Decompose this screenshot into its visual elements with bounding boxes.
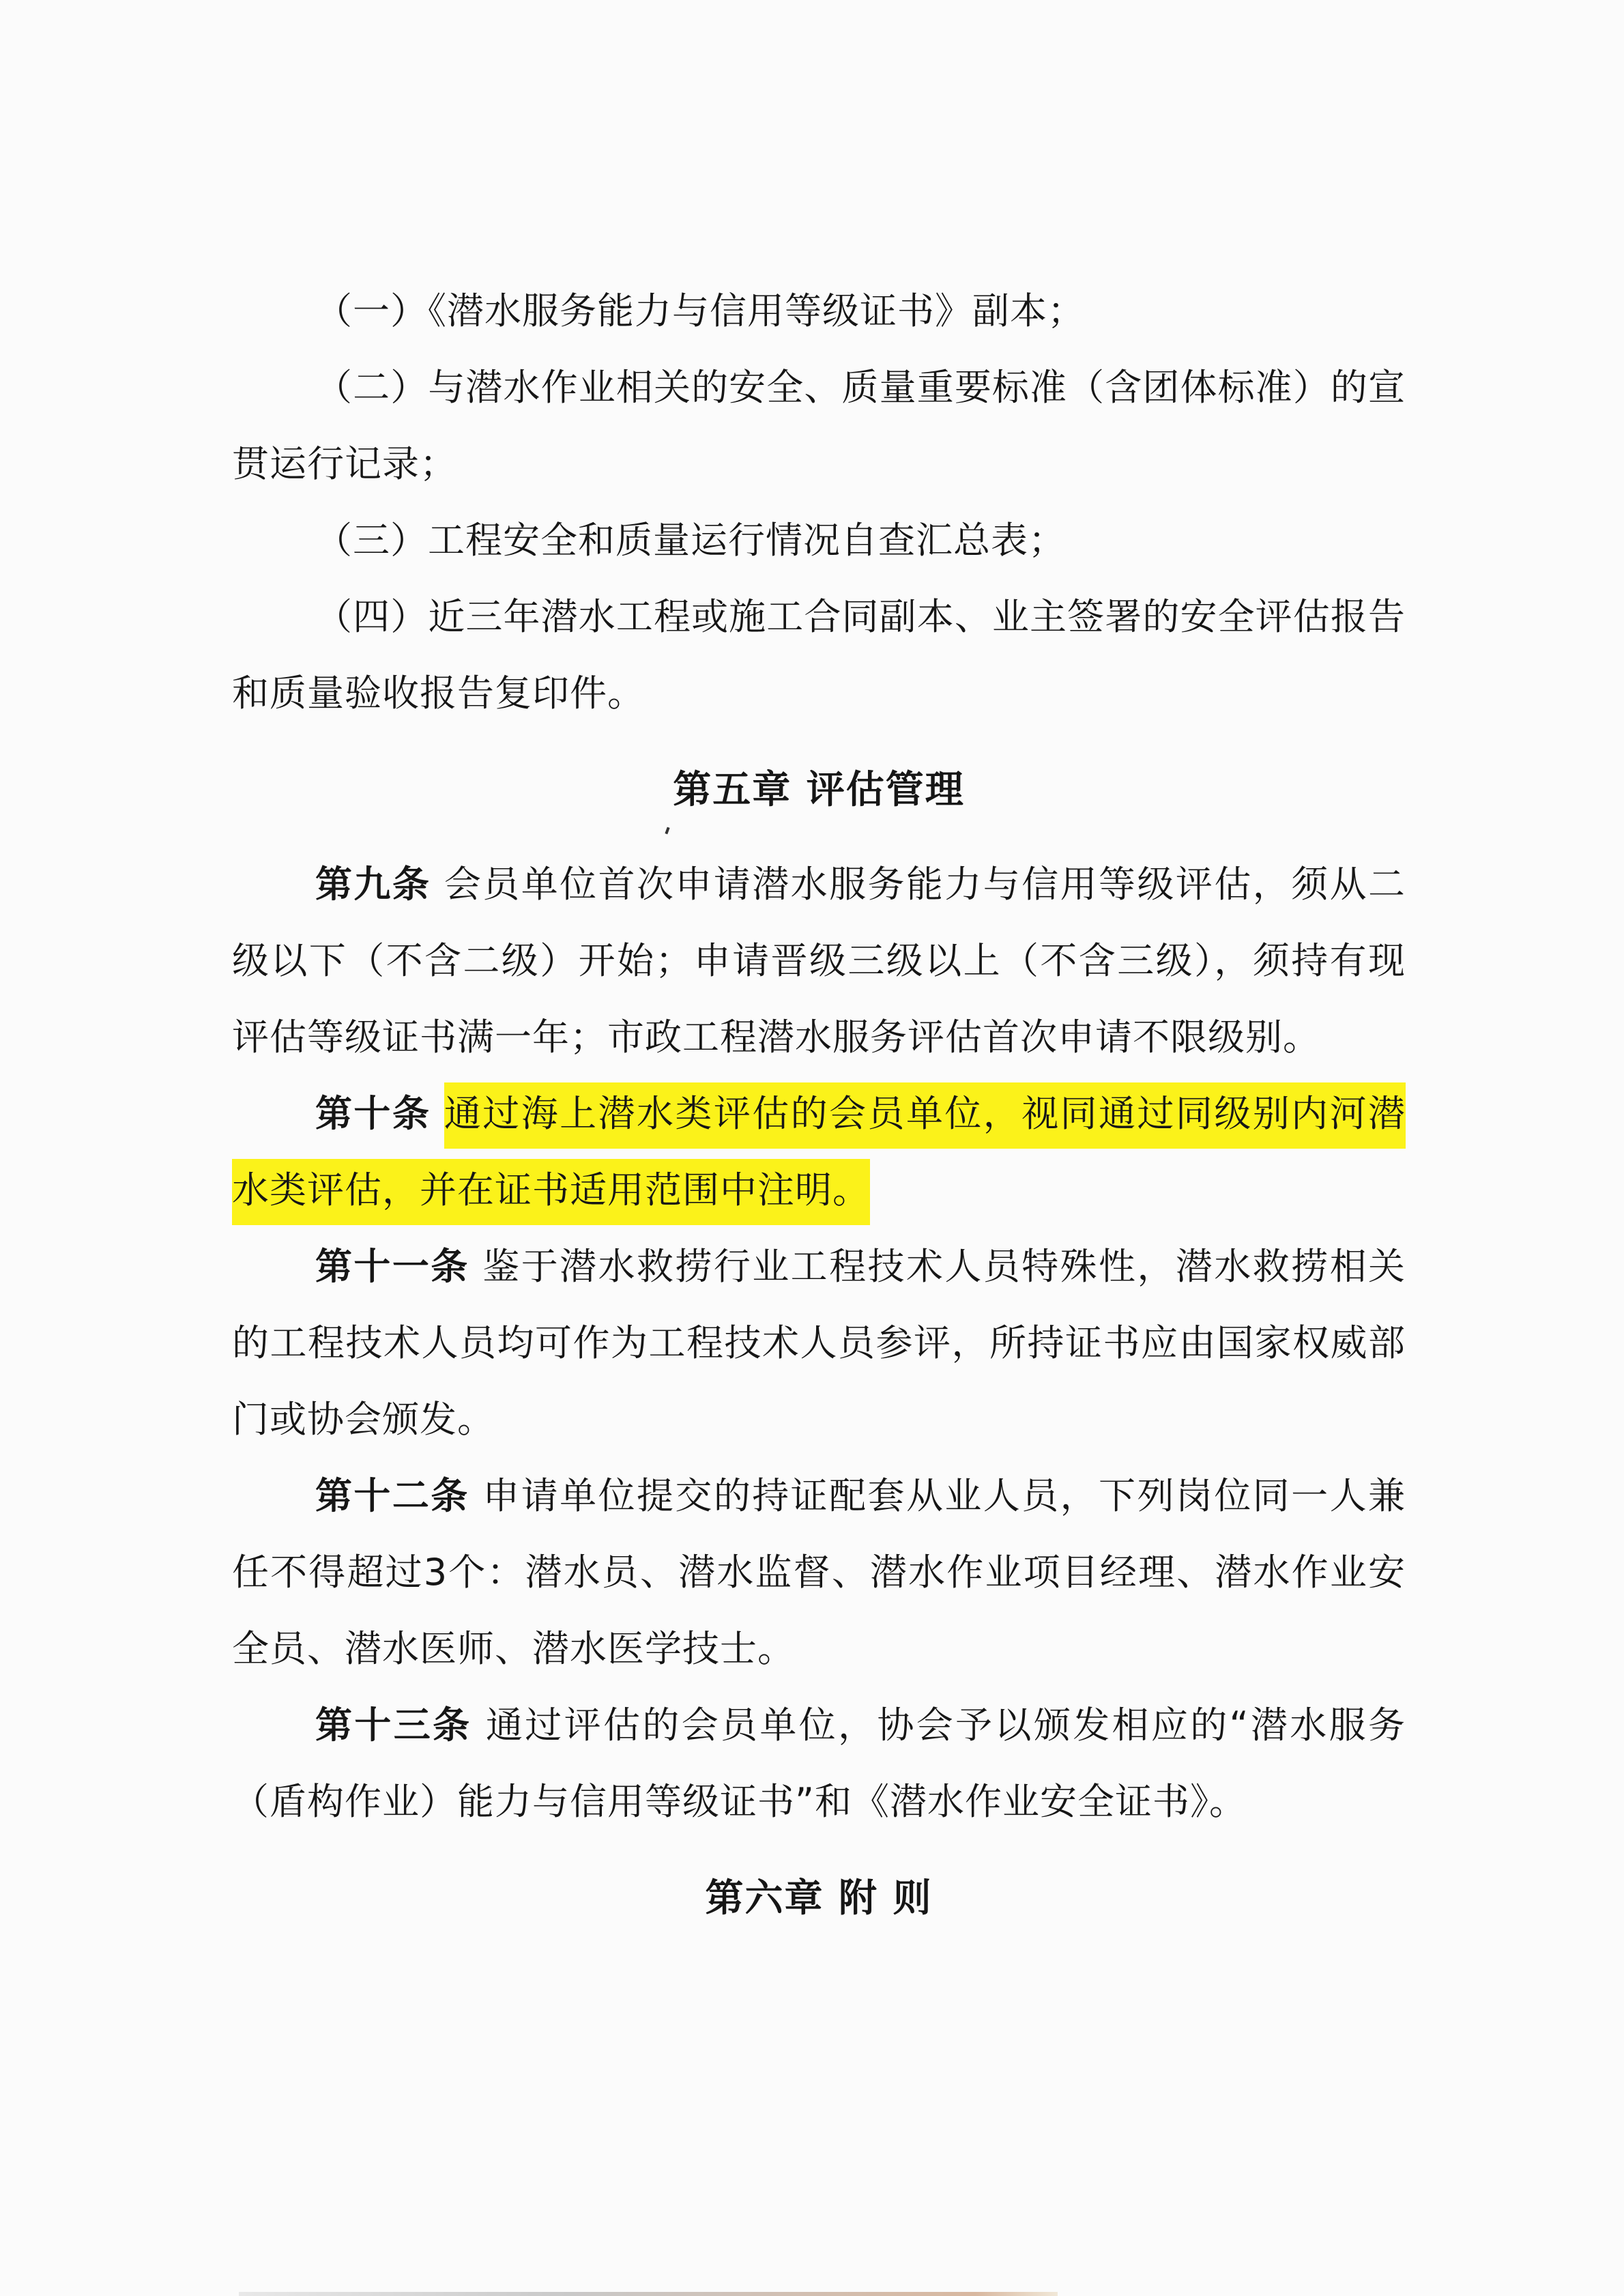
list-item-4: （四）近三年潜水工程或施工合同副本、业主签署的安全评估报告和质量验收报告复印件。 [232, 579, 1406, 732]
article-12: 第十二条 申请单位提交的持证配套从业人员，下列岗位同一人兼任不得超过3个：潜水员… [232, 1458, 1406, 1687]
article-11: 第十一条 鉴于潜水救捞行业工程技术人员特殊性，潜水救捞相关的工程技术人员均可作为… [232, 1229, 1406, 1458]
scan-edge-strip [239, 2292, 1058, 2296]
article-11-label: 第十一条 [315, 1245, 469, 1288]
article-13: 第十三条 通过评估的会员单位，协会予以颁发相应的“潜水服务（盾构作业）能力与信用… [232, 1687, 1406, 1840]
article-10-label: 第十条 [315, 1092, 431, 1135]
article-9: 第九条 会员单位首次申请潜水服务能力与信用等级评估，须从二级以下（不含二级）开始… [232, 846, 1406, 1076]
document-page: （一）《潜水服务能力与信用等级证书》副本； （二）与潜水作业相关的安全、质量重要… [0, 0, 1624, 2296]
article-13-label: 第十三条 [315, 1704, 472, 1747]
list-item-1: （一）《潜水服务能力与信用等级证书》副本； [232, 273, 1406, 349]
list-item-2: （二）与潜水作业相关的安全、质量重要标准（含团体标准）的宣贯运行记录； [232, 349, 1406, 502]
article-10: 第十条 通过海上潜水类评估的会员单位，视同通过同级别内河潜水类评估，并在证书适用… [232, 1076, 1406, 1229]
article-9-label: 第九条 [315, 863, 431, 906]
chapter-6-heading: 第六章 附 则 [232, 1861, 1406, 1937]
chapter-5-heading: 第五章 评估管理 [232, 752, 1406, 829]
article-12-label: 第十二条 [315, 1474, 469, 1517]
document-body: （一）《潜水服务能力与信用等级证书》副本； （二）与潜水作业相关的安全、质量重要… [232, 273, 1406, 1955]
list-item-3: （三）工程安全和质量运行情况自查汇总表； [232, 502, 1406, 579]
